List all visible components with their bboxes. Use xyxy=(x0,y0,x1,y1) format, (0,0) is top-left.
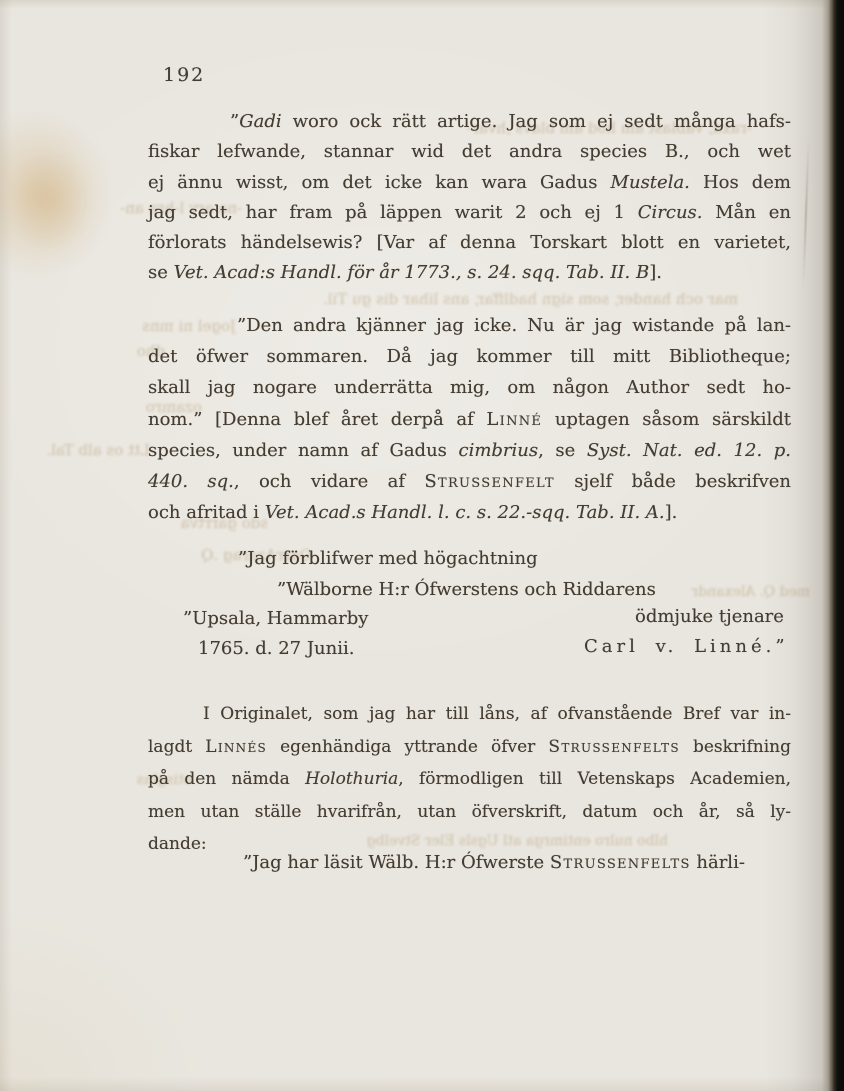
text-line: I Originalet, som jag har till låns, af … xyxy=(148,698,791,731)
text-line: skall jag nogare underrätta mig, om någo… xyxy=(148,372,791,403)
text-line: och afritad i Vet. Acad.s Handl. l. c. s… xyxy=(148,497,791,528)
text-line: fiskar lefwande, stannar wid det andra s… xyxy=(148,137,791,167)
book-page: -raxd, vablast am hod am blavs ,hvar--na… xyxy=(0,0,844,1091)
signature: Carl v. Linné.” xyxy=(584,636,789,657)
page-number: 192 xyxy=(163,64,205,86)
page-edge-shadow xyxy=(764,0,844,1091)
text-line: jag sedt, har fram på läppen warit 2 och… xyxy=(148,198,791,228)
show-through-smudge: Ltt os alb Tal. xyxy=(30,441,150,459)
closing-place: ”Upsala, Hammarby xyxy=(183,608,368,629)
text-line: ”Gadi woro ock rätt artige. Jag som ej s… xyxy=(148,107,791,137)
text-line: ej ännu wisst, om det icke kan wara Gadu… xyxy=(148,168,791,198)
closing-valediction: ödmjuke tjenare xyxy=(635,606,784,627)
text-line: det öfwer sommaren. Då jag kommer till m… xyxy=(148,341,791,372)
second-letter-opening: ”Jag har läsit Wälb. H:r Ófwerste Struss… xyxy=(243,852,745,873)
text-line: lagdt Linnés egenhändiga yttrande öfver … xyxy=(148,731,791,764)
text-line: nom.” [Denna blef året derpå af Linné up… xyxy=(148,404,791,435)
text-line: förlorats händelsewis? [Var af denna Tor… xyxy=(148,228,791,258)
closing-line: ”Wälborne H:r Ófwerstens och Riddarens xyxy=(277,579,656,600)
text-line: ”Den andra kjänner jag icke. Nu är jag w… xyxy=(148,310,791,341)
text-line: species, under namn af Gadus cimbrius, s… xyxy=(148,435,791,466)
text-line: 440. sq., och vidare af Strussenfelt sje… xyxy=(148,466,791,497)
closing-date: 1765. d. 27 Junii. xyxy=(198,638,354,659)
letter-paragraph-1: ”Gadi woro ock rätt artige. Jag som ej s… xyxy=(148,107,791,289)
text-line: men utan ställe hvarifrån, utan öfverskr… xyxy=(148,796,791,829)
text-line: se Vet. Acad:s Handl. för år 1773., s. 2… xyxy=(148,258,791,288)
closing-line: ”Jag förblifwer med högachtning xyxy=(238,548,538,569)
editor-note: I Originalet, som jag har till låns, af … xyxy=(148,698,791,861)
letter-paragraph-2: ”Den andra kjänner jag icke. Nu är jag w… xyxy=(148,310,791,528)
show-through-smudge: mar och hander, som sign hadlffar, ans l… xyxy=(148,290,738,308)
text-line: på den nämda Holothuria, förmodligen til… xyxy=(148,763,791,796)
